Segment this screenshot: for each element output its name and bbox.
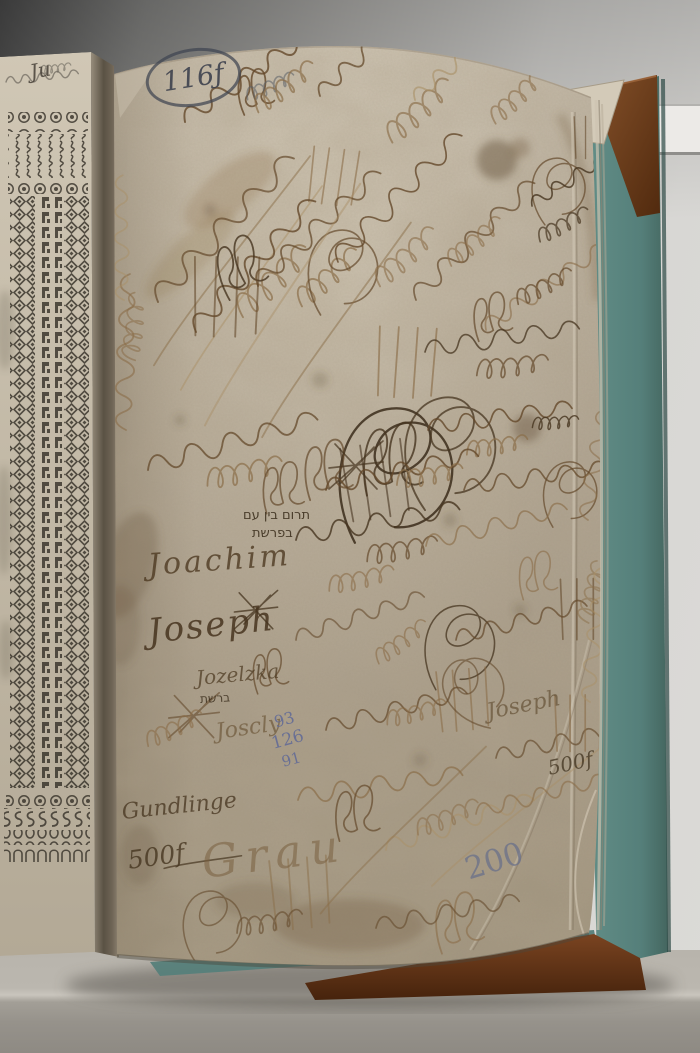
ornamental-border xyxy=(4,112,90,863)
flyleaf-page xyxy=(86,0,631,975)
printed-left-page xyxy=(0,52,95,956)
book xyxy=(0,0,700,1053)
photo-of-open-book: 116ƒ Ju תרום בין עם בפרשת ברשת Joachim J… xyxy=(0,0,700,1053)
